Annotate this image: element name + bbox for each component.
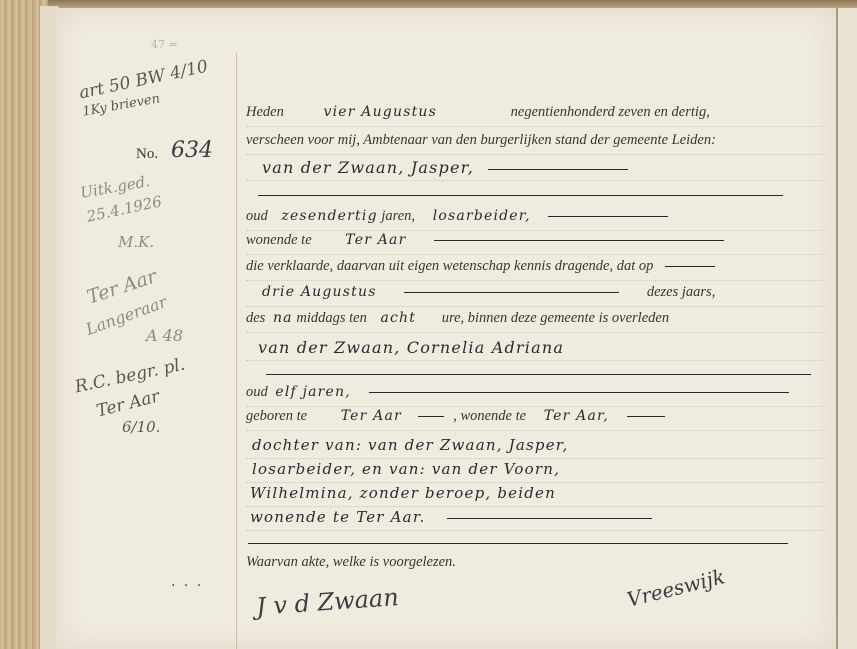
declarant-age: zesendertig — [281, 208, 377, 224]
filler-dash — [258, 195, 783, 196]
line-declarant: van der Zwaan, Jasper, — [246, 158, 826, 181]
line-parents-2: losarbeider, en van: van der Voorn, — [246, 460, 826, 483]
filler-dash — [627, 416, 665, 417]
verklaarde-text: die verklaarde, daarvan uit eigen wetens… — [246, 258, 653, 274]
deceased-residence: Ter Aar, — [544, 408, 609, 424]
birth-place: Ter Aar — [341, 408, 402, 424]
heden-label: Heden — [246, 104, 284, 120]
register-page: 47 = art 50 BW 4/10 1Ky brieven Uitk.ged… — [56, 8, 836, 649]
corner-mark: 47 = — [151, 38, 178, 51]
line-parents-1: dochter van: van der Zwaan, Jasper, — [246, 436, 826, 459]
filler-dash — [369, 392, 789, 393]
facing-page-edge — [836, 8, 857, 649]
parents-line-1: dochter van: van der Zwaan, Jasper, — [252, 436, 568, 454]
declarant-residence: Ter Aar — [345, 232, 406, 248]
year-text: negentienhonderd zeven en dertig, — [511, 104, 710, 120]
registration-date: vier Augustus — [323, 104, 437, 120]
filler-dash — [488, 169, 628, 170]
filler-dash — [418, 416, 444, 417]
declarant-name: van der Zwaan, Jasper, — [262, 158, 474, 177]
line-closing: Waarvan akte, welke is voorgelezen. — [246, 554, 826, 576]
line-time: des na middags ten acht ure, binnen deze… — [246, 310, 826, 333]
filler-dash — [447, 518, 652, 519]
ure-text: ure, binnen deze gemeente is overleden — [442, 310, 669, 326]
death-date: drie Augustus — [262, 284, 377, 300]
time-of-day: na — [273, 310, 293, 326]
line-blank-3 — [246, 530, 826, 552]
line-geboren: geboren te Ter Aar , wonende te Ter Aar, — [246, 408, 826, 431]
parents-line-2: losarbeider, en van: van der Voorn, — [252, 460, 560, 478]
wonende2-label: , wonende te — [453, 408, 526, 424]
dezes-jaars: dezes jaars, — [647, 284, 715, 300]
closing-text: Waarvan akte, welke is voorgelezen. — [246, 554, 456, 570]
geboren-label: geboren te — [246, 408, 307, 424]
dot-marks: · · · — [171, 578, 203, 594]
margin-note-fraction: 6/10. — [122, 418, 160, 436]
line-wonende: wonende te Ter Aar — [246, 232, 826, 255]
line-verklaarde: die verklaarde, daarvan uit eigen wetens… — [246, 258, 826, 281]
line-death-date: drie Augustus dezes jaars, — [246, 284, 826, 307]
filler-dash — [248, 543, 788, 544]
filler-dash — [548, 216, 668, 217]
declarant-signature: J v d Zwaan — [255, 583, 399, 621]
certificate-number: 634 — [171, 138, 213, 163]
line-oud: oud zesendertig jaren, losarbeider, — [246, 208, 826, 231]
verscheen-text: verscheen voor mij, Ambtenaar van den bu… — [246, 132, 716, 148]
parents-line-3: Wilhelmina, zonder beroep, beiden — [250, 484, 556, 502]
jaren-label: jaren, — [381, 208, 415, 224]
margin-note-a48: A 48 — [146, 326, 183, 345]
line-deceased: van der Zwaan, Cornelia Adriana — [246, 338, 826, 361]
line-heden: Heden vier Augustus negentienhonderd zev… — [246, 104, 826, 127]
number-label: No. — [136, 146, 158, 163]
margin-rule — [236, 53, 237, 649]
deceased-age: elf jaren, — [275, 384, 351, 400]
margin-note-rc: R.C. begr. pl. — [73, 355, 187, 398]
middags-label: middags ten — [296, 310, 366, 326]
oud-label: oud — [246, 208, 268, 224]
wonende-label: wonende te — [246, 232, 312, 248]
parents-line-4: wonende te Ter Aar. — [250, 508, 426, 526]
margin-note-teraar-2: Ter Aar — [95, 387, 162, 422]
line-blank-1 — [246, 182, 826, 204]
des-label: des — [246, 310, 265, 326]
deceased-name: van der Zwaan, Cornelia Adriana — [258, 338, 564, 357]
filler-dash — [266, 374, 811, 375]
filler-dash — [404, 292, 619, 293]
line-oud-2: oud elf jaren, — [246, 384, 826, 407]
declarant-occupation: losarbeider, — [433, 208, 531, 224]
line-blank-2 — [246, 362, 826, 384]
line-verscheen: verscheen voor mij, Ambtenaar van den bu… — [246, 132, 826, 155]
filler-dash — [434, 240, 724, 241]
line-parents-3: Wilhelmina, zonder beroep, beiden — [246, 484, 826, 507]
line-parents-4: wonende te Ter Aar. — [246, 508, 826, 531]
filler-dash — [665, 266, 715, 267]
oud2-label: oud — [246, 384, 268, 400]
margin-note-initials: M.K. — [118, 233, 154, 251]
death-hour: acht — [380, 310, 416, 326]
